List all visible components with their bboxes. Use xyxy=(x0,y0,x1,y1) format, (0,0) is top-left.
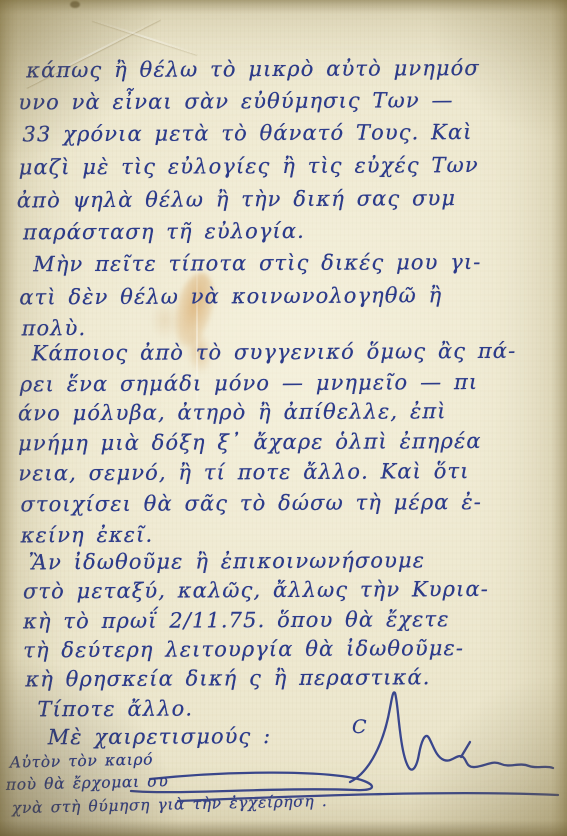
handwritten-line: παράσταση τῆ εὐλογία. xyxy=(23,219,305,244)
handwritten-line: ἀπὸ ψηλὰ θέλω ἢ τὴν δική σας συμ xyxy=(17,186,456,212)
handwritten-line: νεια, σεμνό, ἢ τί ποτε ἄλλο. Καὶ ὅτι xyxy=(18,459,469,485)
postscript-line: χνὰ στὴ θύμηση γιὰ τὴν ἐγχείρηση . xyxy=(12,792,328,817)
letter-body: κάπως ἢ θέλω τὸ μικρὸ αὐτὸ μνημόσυνο νὰ … xyxy=(0,0,567,836)
handwritten-line: στοιχίσει θὰ σᾶς τὸ δώσω τὴ μέρα ἐ- xyxy=(20,490,482,516)
handwritten-line: Κάποιος ἀπὸ τὸ συγγενικό ὅμως ἂς πά- xyxy=(32,339,517,366)
handwritten-line: κάπως ἢ θέλω τὸ μικρὸ αὐτὸ μνημόσ xyxy=(26,56,480,82)
handwritten-line: μαζὶ μὲ τὶς εὐλογίες ἢ τὶς εὐχές Των xyxy=(19,153,479,179)
handwritten-line: Τίποτε ἄλλο. xyxy=(37,696,193,721)
postscript-line: ποὺ θὰ ἔρχομαι συ xyxy=(6,772,169,794)
handwritten-line: Μὴν πεῖτε τίποτα στὶς δικές μου γι- xyxy=(33,250,481,276)
handwritten-line: πολὺ. xyxy=(21,316,86,340)
handwritten-line: 33 χρόνια μετὰ τὸ θάνατό Τους. Καὶ xyxy=(22,120,472,146)
handwritten-line: ρει ἕνα σημάδι μόνο — μνημεῖο — πι xyxy=(20,370,478,396)
handwritten-line: Μὲ χαιρετισμούς : xyxy=(48,724,272,749)
postscript-line: Αὐτὸν τὸν καιρό xyxy=(10,750,154,771)
scanned-letter-page: κάπως ἢ θέλω τὸ μικρὸ αὐτὸ μνημόσυνο νὰ … xyxy=(0,0,567,836)
handwritten-line: Ἂν ἰδωθοῦμε ἢ ἐπικοινωνήσουμε xyxy=(29,548,425,574)
handwritten-line: άνο μόλυβα, ἀτηρὸ ἢ ἀπίθελλε, ἐπὶ xyxy=(18,399,447,425)
closing-initial: C xyxy=(352,716,367,738)
handwritten-line: κείνη ἐκεῖ. xyxy=(21,523,154,548)
handwritten-line: στὸ μεταξύ, καλῶς, ἄλλως τὴν Κυρια- xyxy=(23,577,489,603)
handwritten-line: υνο νὰ εἶναι σὰν εὐθύμησις Των — xyxy=(18,88,453,114)
handwritten-line: ατὶ δὲν θέλω νὰ κοινωνολογηθῶ ἢ xyxy=(19,283,442,309)
handwritten-line: τὴ δεύτερη λειτουργία θὰ ἰδωθοῦμε- xyxy=(23,636,464,662)
handwritten-line: κὴ θρησκεία δική ς ἢ περαστικά. xyxy=(25,665,430,691)
handwritten-line: κὴ τὸ πρωΐ 2/11.75. ὅπου θὰ ἔχετε xyxy=(23,607,450,633)
handwritten-line: μνήμη μιὰ δόξη ξ᾽ ἄχαρε ὁλπὶ ἐπηρέα xyxy=(18,429,482,455)
